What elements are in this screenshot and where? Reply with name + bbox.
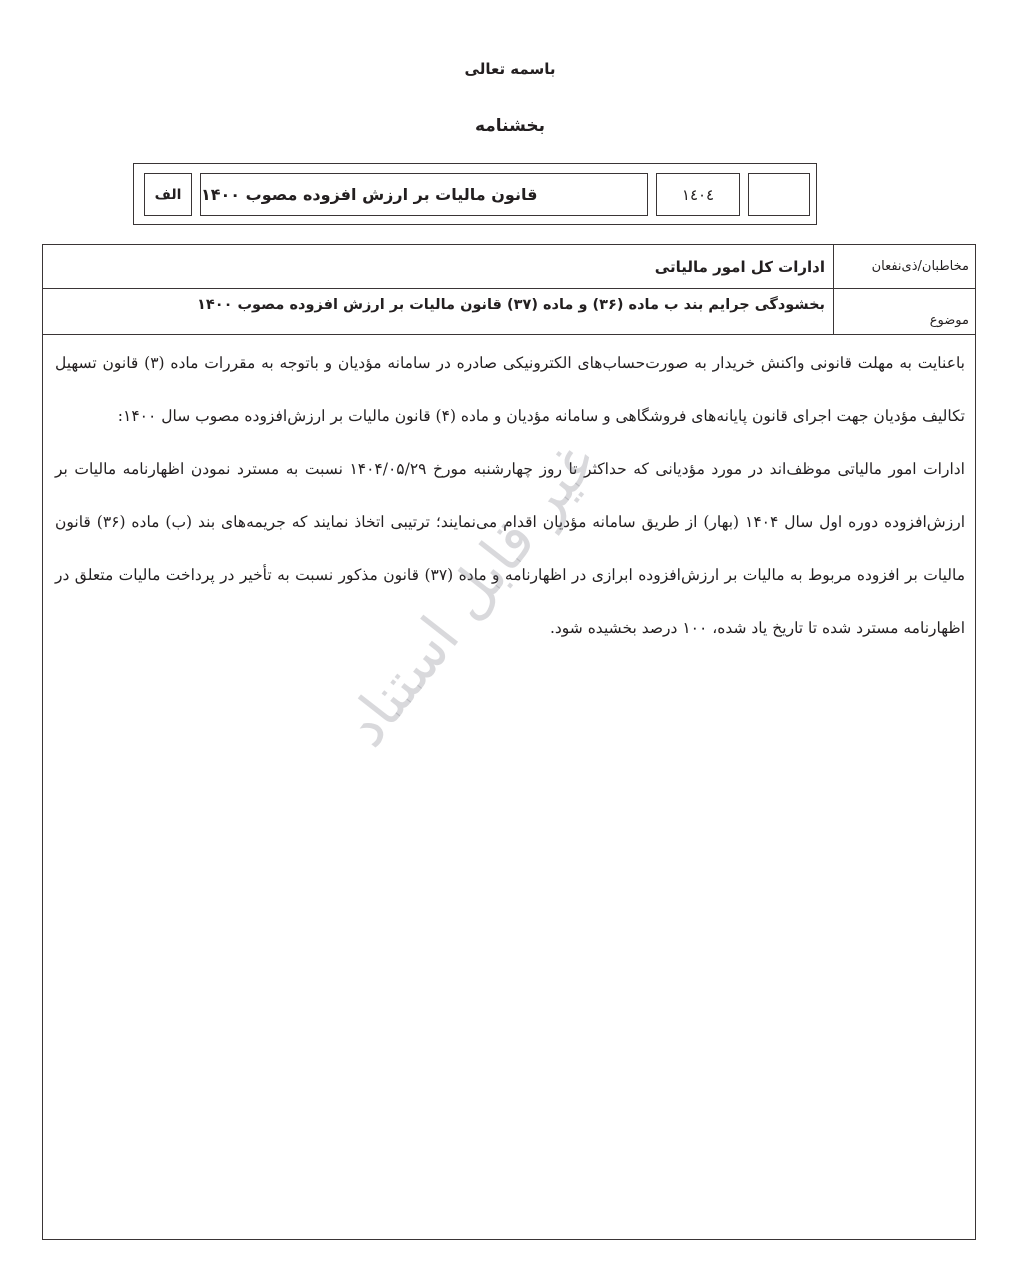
subject-row: موضوع بخشودگی جرایم بند ب ماده (۳۶) و ما… — [43, 289, 975, 335]
law-title-cell: قانون مالیات بر ارزش افزوده مصوب ۱۴۰۰ — [200, 173, 648, 216]
reference-box: الف قانون مالیات بر ارزش افزوده مصوب ۱۴۰… — [133, 163, 817, 225]
year-cell: ١٤٠٤ — [656, 173, 740, 216]
subject-label: موضوع — [833, 289, 975, 334]
document-type-title: بخشنامه — [0, 116, 1020, 136]
circular-body-table: مخاطبان/ذی‌نفعان ادارات کل امور مالیاتی … — [42, 244, 976, 1240]
recipients-value: ادارات کل امور مالیاتی — [49, 245, 825, 288]
invocation-heading: باسمه تعالی — [0, 60, 1020, 78]
body-paragraph-1: باعنایت به مهلت قانونی واکنش خریدار به ص… — [55, 337, 965, 443]
body-text: باعنایت به مهلت قانونی واکنش خریدار به ص… — [55, 337, 965, 655]
body-paragraph-2: ادارات امور مالیاتی موظف‌اند در مورد مؤد… — [55, 443, 965, 655]
subject-value: بخشودگی جرایم بند ب ماده (۳۶) و ماده (۳۷… — [49, 289, 825, 334]
series-cell: الف — [144, 173, 192, 216]
recipients-row: مخاطبان/ذی‌نفعان ادارات کل امور مالیاتی — [43, 245, 975, 289]
recipients-label: مخاطبان/ذی‌نفعان — [833, 245, 975, 288]
number-cell — [748, 173, 810, 216]
